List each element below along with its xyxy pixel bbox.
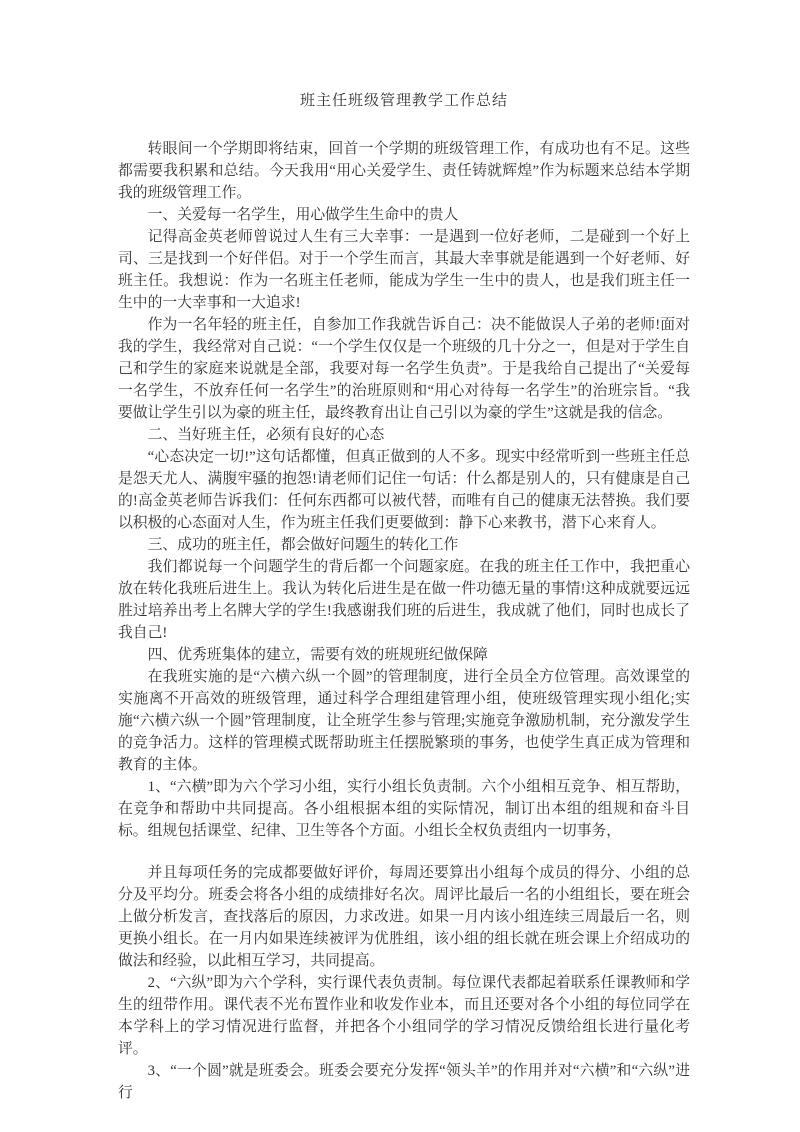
paragraph: 作为一名年轻的班主任，自参加工作我就告诉自己：决不能做误人子弟的老师!面对我的学… (118, 314, 690, 424)
paragraph: 转眼间一个学期即将结束，回首一个学期的班级管理工作，有成功也有不足。这些都需要我… (118, 138, 690, 204)
blank-line (118, 842, 690, 862)
paragraph: 在我班实施的是“六横六纵一个圆”的管理制度，进行全员全方位管理。高效课堂的实施离… (118, 666, 690, 776)
paragraph: “心态决定一切!”这句话都懂，但真正做到的人不多。现实中经常听到一些班主任总是怨… (118, 446, 690, 534)
document-page: 班主任班级管理教学工作总结 转眼间一个学期即将结束，回首一个学期的班级管理工作，… (0, 0, 800, 1132)
section-heading: 三、成功的班主任，都会做好问题生的转化工作 (118, 534, 690, 556)
paragraph: 3、“一个圆”就是班委会。班委会要充分发挥“领头羊”的作用并对“六横”和“六纵”… (118, 1060, 690, 1104)
paragraph: 记得高金英老师曾说过人生有三大幸事：一是遇到一位好老师，二是碰到一个好上司、三是… (118, 226, 690, 314)
section-heading: 四、优秀班集体的建立，需要有效的班规班纪做保障 (118, 644, 690, 666)
section-heading: 一、关爱每一名学生，用心做学生生命中的贵人 (118, 204, 690, 226)
paragraph: 我们都说每一个问题学生的背后都一个问题家庭。在我的班主任工作中，我把重心放在转化… (118, 556, 690, 644)
paragraph: 并且每项任务的完成都要做好评价，每周还要算出小组每个成员的得分、小组的总分及平均… (118, 862, 690, 972)
paragraph: 1、“六横”即为六个学习小组，实行小组长负责制。六个小组相互竞争、相互帮助，在竞… (118, 776, 690, 842)
document-title: 班主任班级管理教学工作总结 (118, 90, 690, 112)
paragraph: 2、“六纵”即为六个学科，实行课代表负责制。每位课代表都起着联系任课教师和学生的… (118, 972, 690, 1060)
document-body: 转眼间一个学期即将结束，回首一个学期的班级管理工作，有成功也有不足。这些都需要我… (118, 138, 690, 1104)
section-heading: 二、当好班主任，必须有良好的心态 (118, 424, 690, 446)
